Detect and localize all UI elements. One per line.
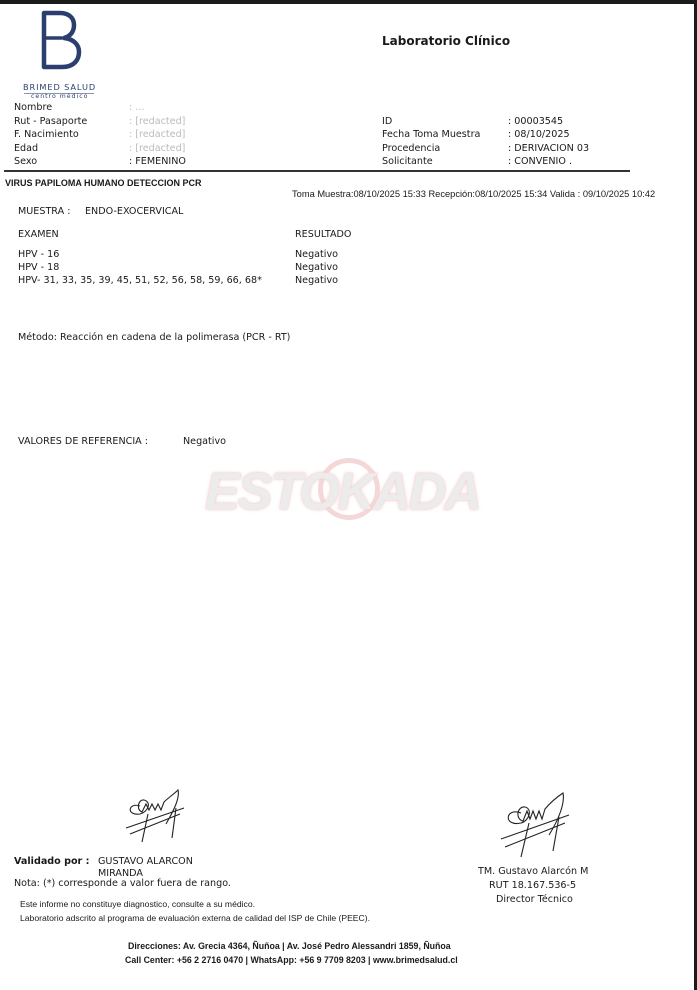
- director-name: TM. Gustavo Alarcón M: [478, 866, 588, 877]
- reference-value: Negativo: [183, 436, 226, 447]
- director-role: Director Técnico: [496, 894, 573, 905]
- column-header-result: RESULTADO: [295, 229, 351, 240]
- label-sexo: Sexo: [14, 156, 37, 167]
- label-nombre: Nombre: [14, 102, 52, 113]
- page-title: Laboratorio Clínico: [382, 34, 510, 48]
- section-title: VIRUS PAPILOMA HUMANO DETECCION PCR: [5, 178, 202, 188]
- validated-by-label: Validado por :: [14, 856, 89, 867]
- validator-name-line1: GUSTAVO ALARCON: [98, 856, 193, 867]
- footer-contact: Call Center: +56 2 2716 0470 | WhatsApp:…: [125, 955, 458, 965]
- sample-value: ENDO-EXOCERVICAL: [85, 206, 183, 217]
- exam-row-hpv16: HPV - 16: [18, 249, 59, 260]
- label-procedencia: Procedencia: [382, 143, 440, 154]
- director-rut: RUT 18.167.536-5: [489, 880, 576, 891]
- reference-label: VALORES DE REFERENCIA :: [18, 436, 148, 447]
- label-id: ID: [382, 116, 392, 127]
- value-fecha-toma: : 08/10/2025: [508, 129, 570, 140]
- header-divider: [4, 170, 630, 172]
- value-rut: : [redacted]: [129, 116, 185, 127]
- method-text: Método: Reacción en cadena de la polimer…: [18, 332, 290, 343]
- value-nacimiento: : [redacted]: [129, 129, 185, 140]
- value-solicitante: : CONVENIO .: [508, 156, 572, 167]
- exam-row-hpv18: HPV - 18: [18, 262, 59, 273]
- label-nacimiento: F. Nacimiento: [14, 129, 79, 140]
- disclaimer-peec: Laboratorio adscrito al programa de eval…: [20, 913, 370, 923]
- column-header-exam: EXAMEN: [18, 229, 59, 240]
- label-edad: Edad: [14, 143, 38, 154]
- result-hpv16: Negativo: [295, 249, 338, 260]
- brand-name: BRIMED SALUD: [23, 82, 96, 92]
- signature-left-icon: [118, 784, 198, 844]
- exam-row-hpv-high-risk: HPV- 31, 33, 35, 39, 45, 51, 52, 56, 58,…: [18, 275, 262, 286]
- label-fecha-toma: Fecha Toma Muestra: [382, 129, 480, 140]
- value-procedencia: : DERIVACION 03: [508, 143, 589, 154]
- result-hpv-high-risk: Negativo: [295, 275, 338, 286]
- label-rut: Rut - Pasaporte: [14, 116, 87, 127]
- range-note: Nota: (*) corresponde a valor fuera de r…: [14, 878, 231, 889]
- sample-timestamps: Toma Muestra:08/10/2025 15:33 Recepción:…: [292, 189, 655, 199]
- watermark: ESTOKADA: [205, 462, 480, 522]
- disclaimer-diagnosis: Este informe no constituye diagnostico, …: [20, 899, 255, 909]
- lab-report-page: BRIMED SALUD centro médico Laboratorio C…: [0, 4, 694, 990]
- value-nombre: : ...: [129, 102, 144, 113]
- signature-right-icon: [495, 789, 585, 859]
- result-hpv18: Negativo: [295, 262, 338, 273]
- brimed-logo-icon: [38, 10, 82, 70]
- value-id: : 00003545: [508, 116, 563, 127]
- value-edad: : [redacted]: [129, 143, 185, 154]
- footer-addresses: Direcciones: Av. Grecia 4364, Ñuñoa | Av…: [128, 941, 451, 951]
- sample-label: MUESTRA :: [18, 206, 70, 217]
- value-sexo: : FEMENINO: [129, 156, 186, 167]
- label-solicitante: Solicitante: [382, 156, 433, 167]
- brand-tagline: centro médico: [31, 93, 88, 100]
